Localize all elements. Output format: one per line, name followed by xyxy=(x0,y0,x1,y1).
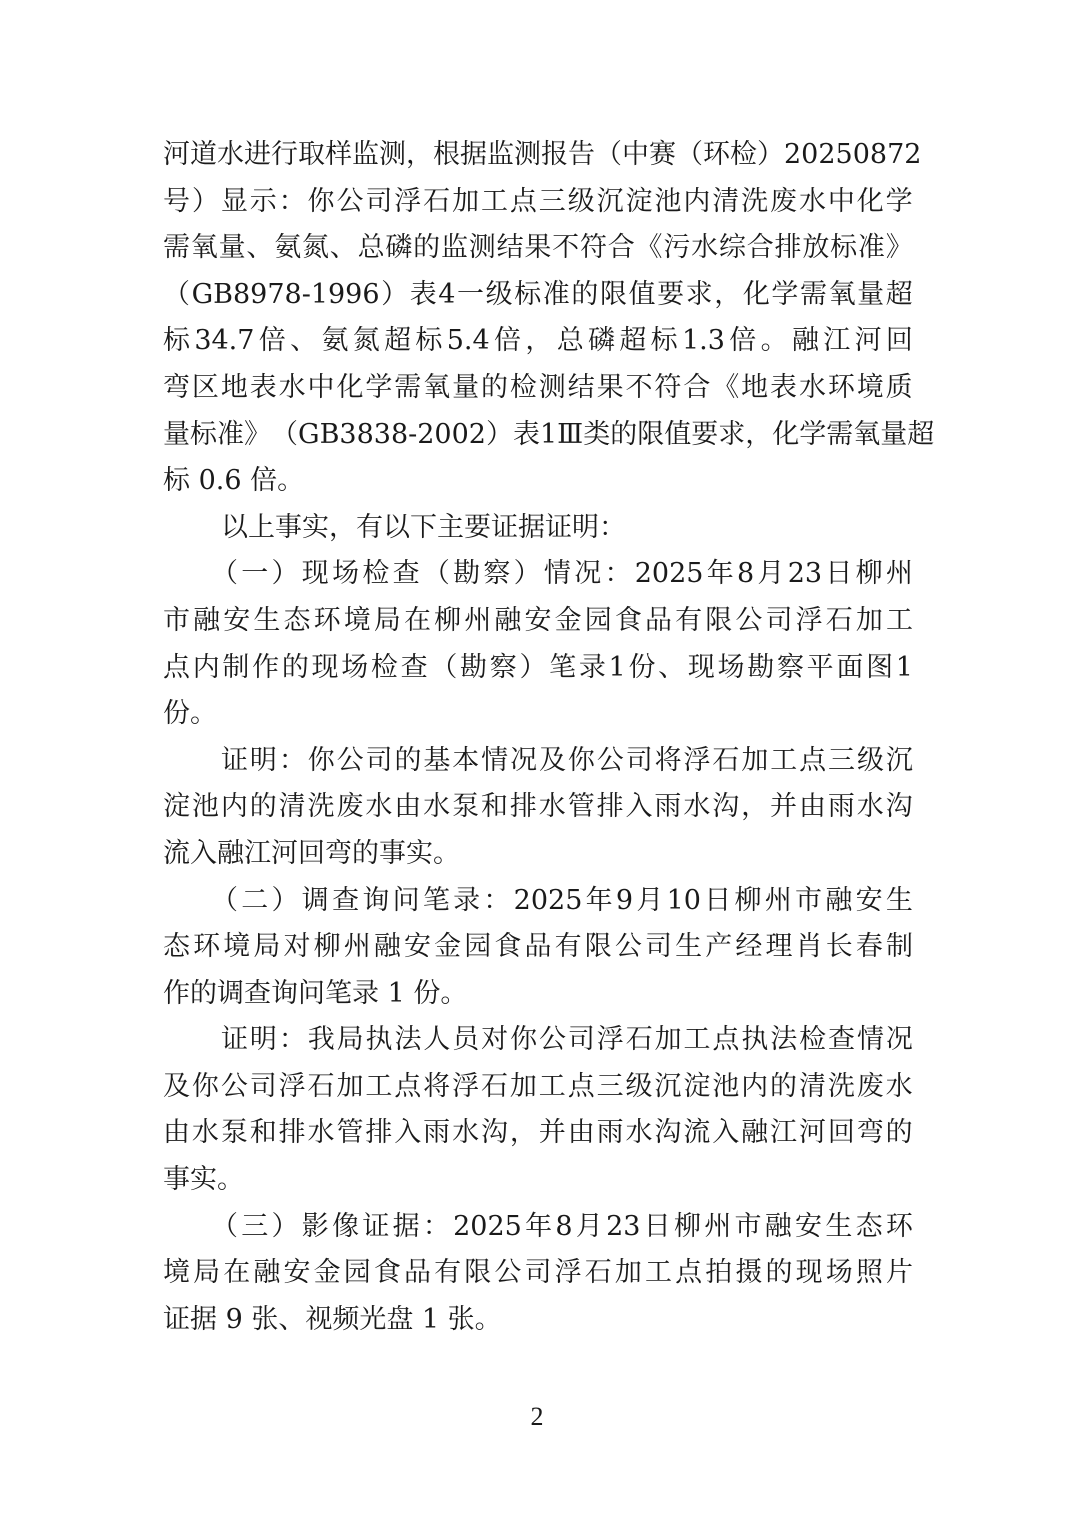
paragraph-proof-1: 证明：你公司的基本情况及你公司将浮石加工点三级沉 淀池内的清洗废水由水泵和排水管… xyxy=(163,738,913,878)
text-line: 标34.7倍、氨氮超标5.4倍，总磷超标1.3倍。融江河回 xyxy=(163,318,913,365)
text-line: 市融安生态环境局在柳州融安金园食品有限公司浮石加工 xyxy=(163,598,913,645)
text-line: 弯区地表水中化学需氧量的检测结果不符合《地表水环境质 xyxy=(163,365,913,412)
paragraph-evidence-3: （三）影像证据：2025年8月23日柳州市融安生态环 境局在融安金园食品有限公司… xyxy=(163,1204,913,1344)
text-line: 证据 9 张、视频光盘 1 张。 xyxy=(163,1297,913,1344)
text-line: 境局在融安金园食品有限公司浮石加工点拍摄的现场照片 xyxy=(163,1250,913,1297)
paragraph-evidence-intro: 以上事实，有以下主要证据证明： xyxy=(163,505,913,552)
text-line: 由水泵和排水管排入雨水沟，并由雨水沟流入融江河回弯的 xyxy=(163,1110,913,1157)
text-line: 份。 xyxy=(163,691,913,738)
text-line: （GB8978-1996）表4一级标准的限值要求，化学需氧量超 xyxy=(163,272,913,319)
text-line: 事实。 xyxy=(163,1157,913,1204)
text-line: 流入融江河回弯的事实。 xyxy=(163,831,913,878)
text-line: 需氧量、氨氮、总磷的监测结果不符合《污水综合排放标准》 xyxy=(163,225,913,272)
text-line: 标 0.6 倍。 xyxy=(163,458,913,505)
text-line: 态环境局对柳州融安金园食品有限公司生产经理肖长春制 xyxy=(163,924,913,971)
page-number: 2 xyxy=(0,1402,1074,1432)
text-line: 点内制作的现场检查（勘察）笔录1份、现场勘察平面图1 xyxy=(163,645,913,692)
text-line: 淀池内的清洗废水由水泵和排水管排入雨水沟，并由雨水沟 xyxy=(163,784,913,831)
text-line: 号）显示：你公司浮石加工点三级沉淀池内清洗废水中化学 xyxy=(163,179,913,226)
document-body: 河道水进行取样监测，根据监测报告（中赛（环检）20250872 号）显示：你公司… xyxy=(163,132,913,1343)
paragraph-proof-2: 证明：我局执法人员对你公司浮石加工点执法检查情况 及你公司浮石加工点将浮石加工点… xyxy=(163,1017,913,1203)
text-line: （三）影像证据：2025年8月23日柳州市融安生态环 xyxy=(163,1204,913,1251)
text-line: （二）调查询问笔录：2025年9月10日柳州市融安生 xyxy=(163,878,913,925)
text-line: （一）现场检查（勘察）情况：2025年8月23日柳州 xyxy=(163,551,913,598)
paragraph-monitoring-results: 河道水进行取样监测，根据监测报告（中赛（环检）20250872 号）显示：你公司… xyxy=(163,132,913,505)
text-line: 河道水进行取样监测，根据监测报告（中赛（环检）20250872 xyxy=(163,132,913,179)
text-line: 作的调查询问笔录 1 份。 xyxy=(163,971,913,1018)
text-line: 证明：我局执法人员对你公司浮石加工点执法检查情况 xyxy=(163,1017,913,1064)
text-line: 及你公司浮石加工点将浮石加工点三级沉淀池内的清洗废水 xyxy=(163,1064,913,1111)
text-line: 以上事实，有以下主要证据证明： xyxy=(163,505,913,552)
document-page: 河道水进行取样监测，根据监测报告（中赛（环检）20250872 号）显示：你公司… xyxy=(0,0,1074,1520)
text-line: 证明：你公司的基本情况及你公司将浮石加工点三级沉 xyxy=(163,738,913,785)
paragraph-evidence-1: （一）现场检查（勘察）情况：2025年8月23日柳州 市融安生态环境局在柳州融安… xyxy=(163,551,913,737)
paragraph-evidence-2: （二）调查询问笔录：2025年9月10日柳州市融安生 态环境局对柳州融安金园食品… xyxy=(163,878,913,1018)
text-line: 量标准》（GB3838-2002）表1Ⅲ类的限值要求，化学需氧量超 xyxy=(163,412,913,459)
